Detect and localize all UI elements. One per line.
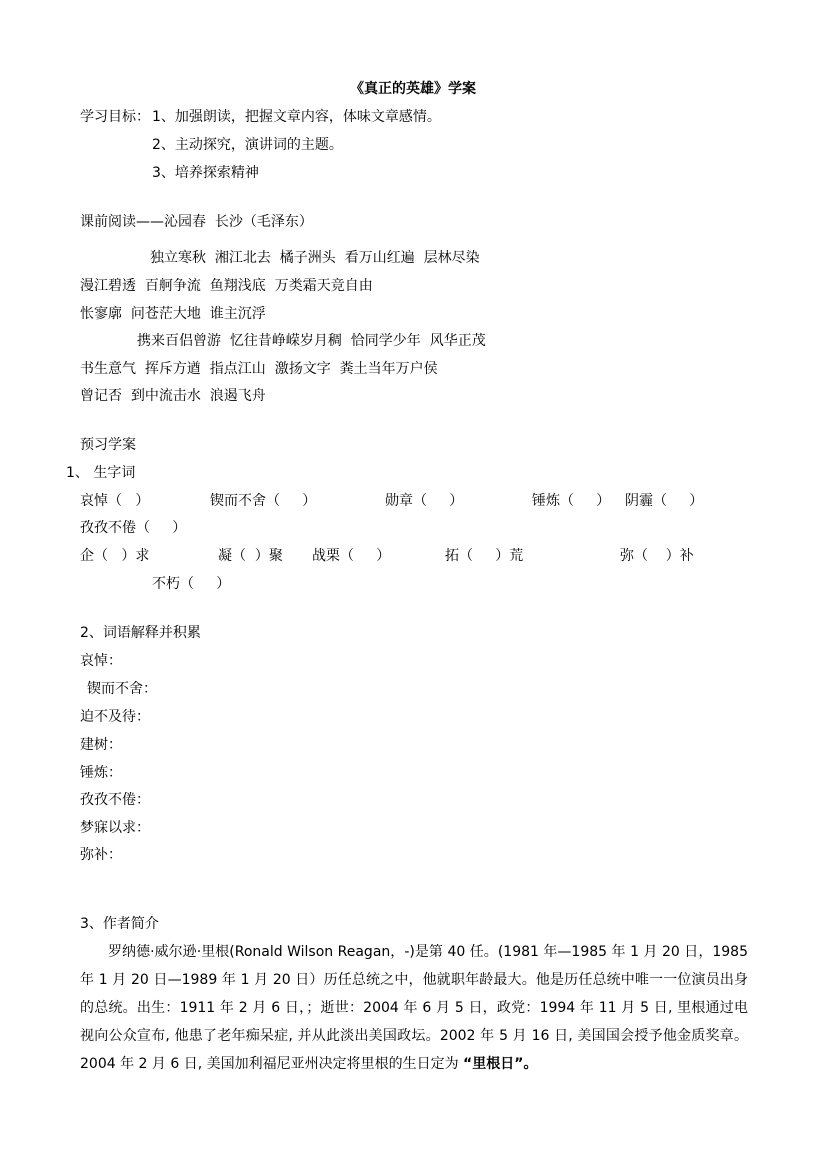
- vocab-item: 哀悼（ ）: [80, 492, 149, 510]
- term-label: 迫不及待：: [80, 708, 150, 726]
- goal-item-3: 3、培养探索精神: [152, 164, 259, 182]
- preview-heading: 预习学案: [80, 436, 136, 454]
- document-title: 《真正的英雄》学案: [350, 80, 476, 98]
- term-label: 哀悼：: [80, 652, 122, 670]
- vocab-item: 锲而不舍（ ）: [210, 492, 316, 510]
- goal-item-1: 1、加强朗读，把握文章内容，体味文章感情。: [152, 108, 441, 126]
- vocab-item: 孜孜不倦（ ）: [80, 519, 186, 537]
- vocab-item: 锤炼（ ）: [532, 492, 610, 510]
- term-label: 锲而不舍：: [87, 680, 157, 698]
- vocab-item: 企（ ）求: [80, 547, 149, 565]
- vocab-item: 勋章（ ）: [385, 492, 463, 510]
- section2-heading: 2、词语解释并积累: [80, 624, 201, 642]
- reagan-day-quote: “里根日”。: [463, 1056, 537, 1072]
- author-bio-paragraph: 罗纳德·威尔逊·里根(Ronald Wilson Reagan，-)是第 40 …: [80, 938, 748, 1078]
- section1-heading: 1、 生字词: [66, 464, 135, 482]
- poem-line-3: 怅寥廓 问苍茫大地 谁主沉浮: [80, 305, 266, 323]
- poem-line-1: 独立寒秋 湘江北去 橘子洲头 看万山红遍 层林尽染: [150, 249, 480, 267]
- section3-heading: 3、作者简介: [80, 915, 159, 933]
- vocab-item: 阴霾（ ）: [625, 492, 703, 510]
- pre-reading-heading: 课前阅读——沁园春 长沙（毛泽东）: [80, 213, 313, 231]
- term-label: 孜孜不倦：: [80, 791, 150, 809]
- term-label: 锤炼：: [80, 764, 122, 782]
- document-page: 《真正的英雄》学案 学习目标： 1、加强朗读，把握文章内容，体味文章感情。 2、…: [0, 0, 827, 1170]
- vocab-item: 凝（ ）聚: [218, 547, 283, 565]
- vocab-item: 弥（ ）补: [620, 547, 694, 565]
- poem-line-4: 携来百侣曾游 忆往昔峥嵘岁月稠 恰同学少年 风华正茂: [137, 332, 486, 350]
- poem-line-5: 书生意气 挥斥方遒 指点江山 激扬文字 粪土当年万户侯: [80, 360, 438, 378]
- poem-line-2: 漫江碧透 百舸争流 鱼翔浅底 万类霜天竞自由: [80, 277, 373, 295]
- goal-item-2: 2、主动探究，演讲词的主题。: [152, 136, 343, 154]
- term-label: 建树：: [80, 736, 122, 754]
- vocab-item: 战栗（ ）: [312, 547, 390, 565]
- goals-label: 学习目标：: [80, 108, 150, 126]
- term-label: 弥补：: [80, 846, 122, 864]
- vocab-item: 拓（ ）荒: [445, 547, 523, 565]
- poem-line-6: 曾记否 到中流击水 浪遏飞舟: [80, 387, 266, 405]
- vocab-item: 不朽（ ）: [152, 575, 230, 593]
- author-bio-text: 罗纳德·威尔逊·里根(Ronald Wilson Reagan，-)是第 40 …: [80, 944, 748, 1072]
- term-label: 梦寐以求：: [80, 819, 150, 837]
